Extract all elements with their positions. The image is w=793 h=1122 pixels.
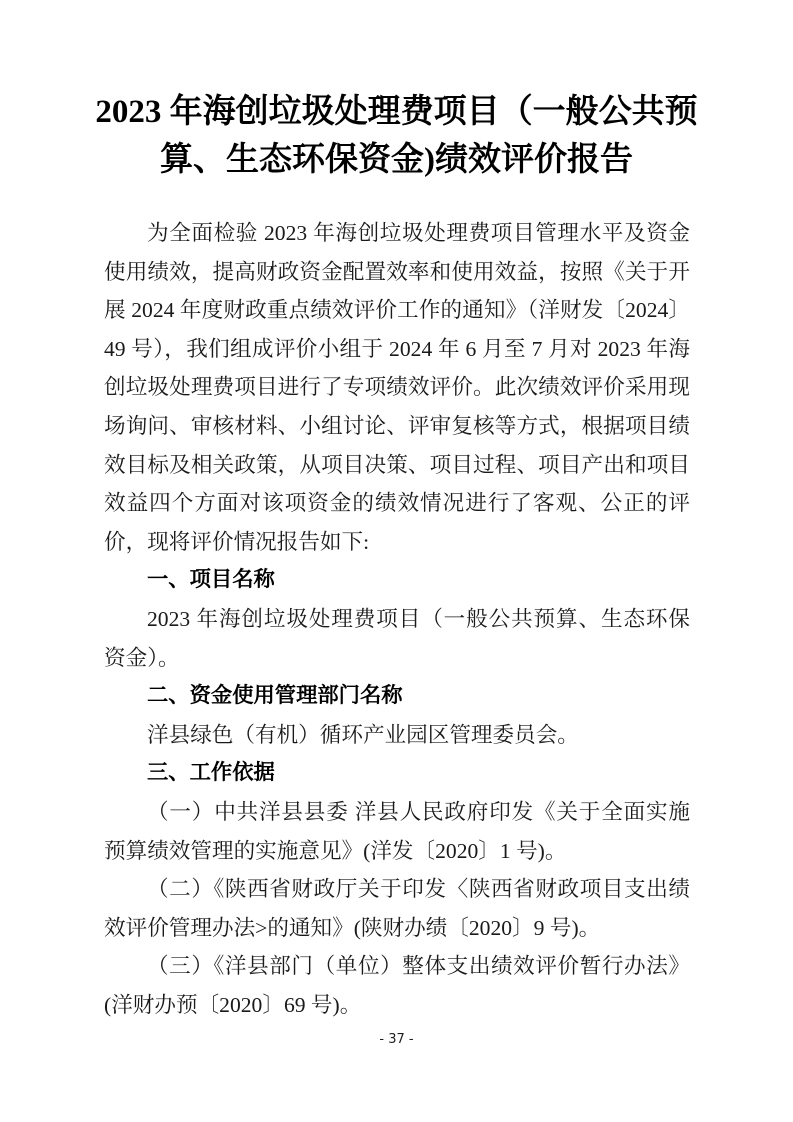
- report-title-line1: 2023 年海创垃圾处理费项目（一般公共预: [60, 88, 733, 136]
- section-heading-project-name: 一、项目名称: [104, 561, 690, 600]
- report-title: 2023 年海创垃圾处理费项目（一般公共预 算、生态环保资金)绩效评价报告: [60, 88, 733, 184]
- section-heading-managing-department: 二、资金使用管理部门名称: [104, 677, 690, 716]
- report-title-line2: 算、生态环保资金)绩效评价报告: [60, 136, 733, 184]
- work-basis-item-2: （二）《陕西省财政厅关于印发〈陕西省财政项目支出绩效评价管理办法>的通知》(陕财…: [104, 870, 690, 947]
- work-basis-item-3: （三）《洋县部门（单位）整体支出绩效评价暂行办法》(洋财办预〔2020〕69 号…: [104, 947, 690, 1024]
- intro-paragraph: 为全面检验 2023 年海创垃圾处理费项目管理水平及资金使用绩效，提高财政资金配…: [104, 214, 690, 561]
- section-managing-department-paragraph: 洋县绿色（有机）循环产业园区管理委员会。: [104, 716, 690, 755]
- section-project-name-paragraph: 2023 年海创垃圾处理费项目（一般公共预算、生态环保资金）。: [104, 600, 690, 677]
- document-body: 为全面检验 2023 年海创垃圾处理费项目管理水平及资金使用绩效，提高财政资金配…: [104, 214, 690, 1024]
- work-basis-item-1: （一）中共洋县县委 洋县人民政府印发《关于全面实施预算绩效管理的实施意见》(洋发…: [104, 793, 690, 870]
- page-number: - 37 -: [0, 1032, 793, 1047]
- document-page: 2023 年海创垃圾处理费项目（一般公共预 算、生态环保资金)绩效评价报告 为全…: [0, 0, 793, 1122]
- section-heading-work-basis: 三、工作依据: [104, 754, 690, 793]
